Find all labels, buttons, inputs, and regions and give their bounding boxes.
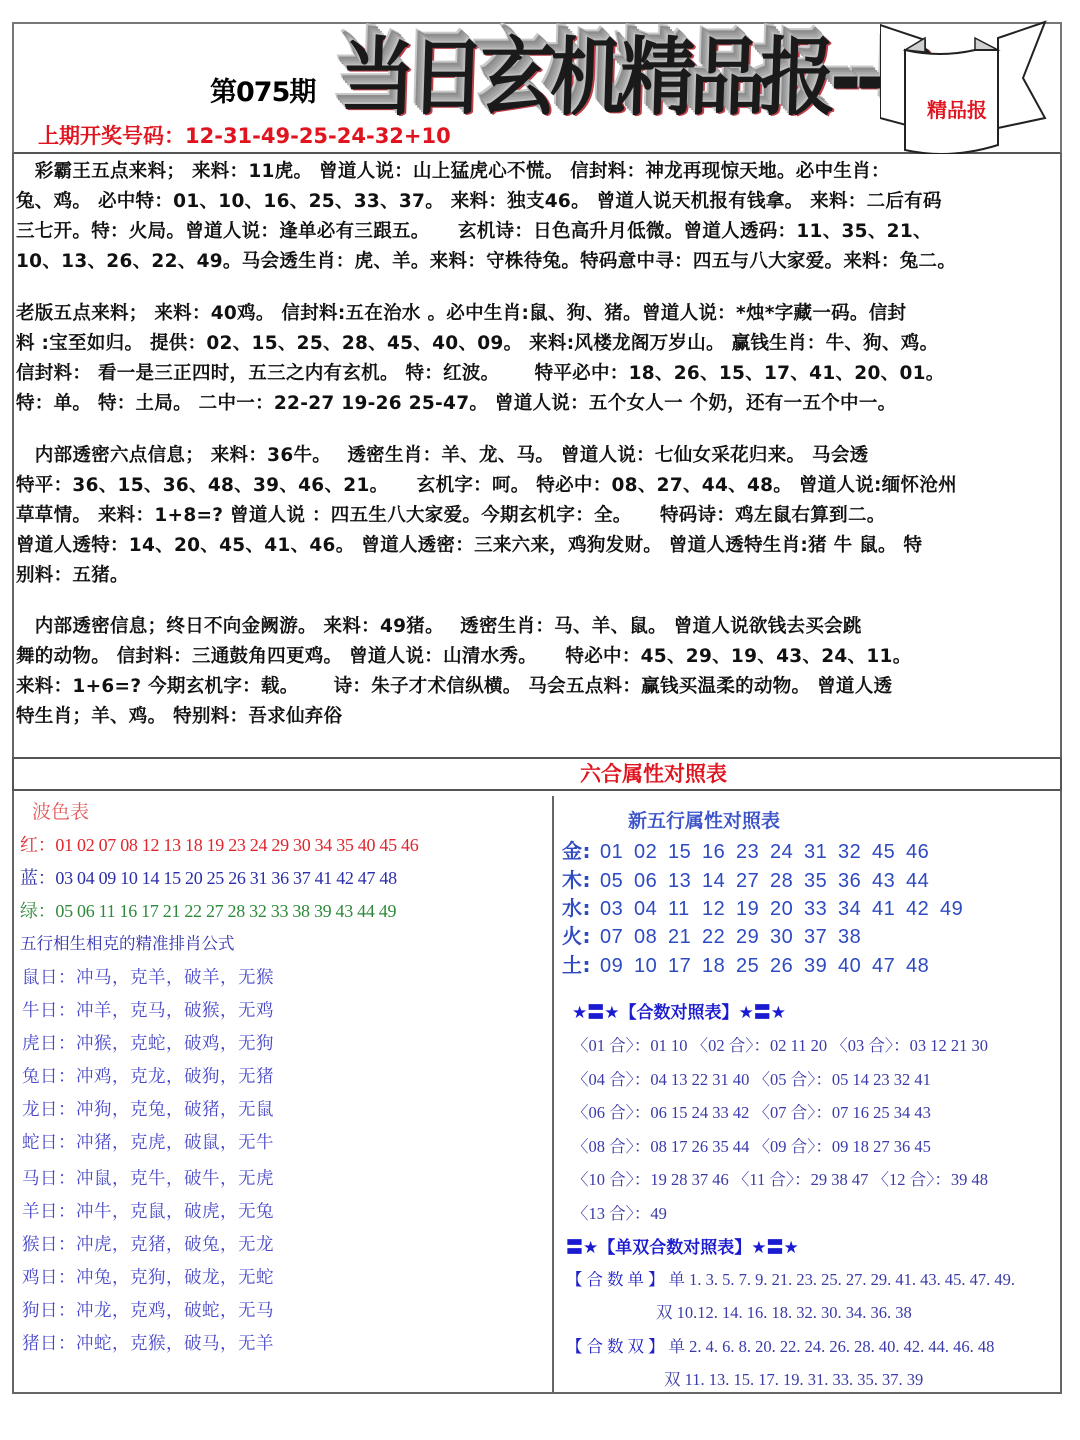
ribbon-banner-icon <box>880 0 1080 170</box>
text-line: 舞的动物。 信封料：三通鼓角四更鸡。 曾道人说：山清水秀。 特必中：45、29、… <box>16 642 1046 672</box>
zodiac-formula-title: 五行相生相克的精准排肖公式 <box>20 930 235 954</box>
element-label: 金: <box>562 835 600 864</box>
last-draw-numbers: 12-31-49-25-24-32+10 <box>185 124 451 148</box>
last-draw-label: 上期开奖号码： <box>38 124 185 148</box>
element-row-wood: 木:05061314272835364344 <box>562 864 940 893</box>
text-line: 内部透密信息；终日不向金阙游。 来料：49猪。 透密生肖：马、羊、鼠。 曾道人说… <box>16 612 1046 642</box>
even-sum-single: 单 2. 4. 6. 8. 20. 22. 24. 26. 28. 40. 42… <box>669 1337 995 1356</box>
zodiac-row: 牛日：冲羊，克马，破猴，无鸡 <box>22 997 274 1022</box>
element-number: 49 <box>940 898 974 921</box>
wave-row-red: 红：01 02 07 08 12 13 18 19 23 24 29 30 34… <box>20 831 418 857</box>
odd-even-table-title: 〓★【单双合数对照表】★〓★ <box>566 1233 799 1258</box>
even-sum-double-row: 双 11. 13. 15. 17. 19. 31. 33. 35. 37. 39 <box>664 1366 923 1390</box>
zodiac-row: 龙日：冲狗，克兔，破猪，无鼠 <box>22 1096 274 1121</box>
zodiac-row: 马日：冲鼠，克牛，破牛，无虎 <box>22 1165 274 1190</box>
element-row-metal: 金:01021516232431324546 <box>562 835 940 864</box>
zodiac-row: 兔日：冲鸡，克龙，破狗，无猪 <box>22 1063 274 1088</box>
element-number: 40 <box>838 955 872 978</box>
sum-row: 〈10 合〉：19 28 37 46 〈11 合〉：29 38 47 〈12 合… <box>572 1166 988 1190</box>
zodiac-row: 蛇日：冲猪，克虎，破鼠，无牛 <box>22 1129 274 1154</box>
element-number: 17 <box>668 955 702 978</box>
zodiac-row: 猴日：冲虎，克猪，破兔，无龙 <box>22 1231 274 1256</box>
odd-sum-single: 单 1. 3. 5. 7. 9. 21. 23. 25. 27. 29. 41.… <box>669 1270 1016 1289</box>
text-line: 信封料： 看一是三正四时，五三之内有玄机。 特：红波。 特平必中：18、26、1… <box>16 359 1046 389</box>
wave-row-blue: 蓝：03 04 09 10 14 15 20 25 26 31 36 37 41… <box>20 864 397 890</box>
element-number: 31 <box>804 841 838 864</box>
wave-numbers: 01 02 07 08 12 13 18 19 23 24 29 30 34 3… <box>55 835 418 855</box>
element-number: 04 <box>634 898 668 921</box>
five-elements-title: 新五行属性对照表 <box>628 806 780 833</box>
last-draw-result: 上期开奖号码：12-31-49-25-24-32+10 <box>38 120 451 150</box>
element-number: 01 <box>600 841 634 864</box>
page-title: 当日玄机精品报--B <box>338 22 886 134</box>
wave-label: 红： <box>20 835 55 855</box>
sum-row: 〈13 合〉：49 <box>572 1200 667 1224</box>
zodiac-row: 羊日：冲牛，克鼠，破虎，无兔 <box>22 1198 274 1223</box>
element-number: 12 <box>702 898 736 921</box>
zodiac-row: 鼠日：冲马，克羊，破羊，无猴 <box>22 964 274 989</box>
element-number: 41 <box>872 898 906 921</box>
element-number: 10 <box>634 955 668 978</box>
element-number: 20 <box>770 898 804 921</box>
odd-sum-single-row: 【合数单】单 1. 3. 5. 7. 9. 21. 23. 25. 27. 29… <box>566 1266 1015 1290</box>
element-number: 05 <box>600 870 634 893</box>
element-label: 土: <box>562 949 600 978</box>
element-label: 火: <box>562 920 600 949</box>
text-line: 来料：1+6=? 今期玄机字：载。 诗：朱子才术信纵横。 马会五点料：赢钱买温柔… <box>16 672 1046 702</box>
element-number: 02 <box>634 841 668 864</box>
issue-number: 第075期 <box>210 70 315 109</box>
element-number: 36 <box>838 870 872 893</box>
text-line: 老版五点来料； 来料：40鸡。 信封料:五在治水 。必中生肖:鼠、狗、猪。曾道人… <box>16 299 1046 329</box>
element-number: 27 <box>736 870 770 893</box>
element-number: 03 <box>600 898 634 921</box>
element-number: 44 <box>906 870 940 893</box>
text-line: 曾道人透特：14、20、45、41、46。 曾道人透密：三来六来，鸡狗发财。 曾… <box>16 531 1046 561</box>
element-number: 14 <box>702 870 736 893</box>
sum-row: 〈06 合〉：06 15 24 33 42 〈07 合〉：07 16 25 34… <box>572 1099 931 1123</box>
even-sum-label: 【合数双】 <box>566 1337 669 1356</box>
zodiac-row: 狗日：冲龙，克鸡，破蛇，无马 <box>22 1297 274 1322</box>
element-number: 29 <box>736 926 770 949</box>
sum-row: 〈08 合〉：08 17 26 35 44 〈09 合〉：09 18 27 36… <box>572 1133 931 1157</box>
zodiac-row: 虎日：冲猴，克蛇，破鸡，无狗 <box>22 1030 274 1055</box>
element-number: 18 <box>702 955 736 978</box>
wave-label: 蓝： <box>20 868 55 888</box>
element-number: 32 <box>838 841 872 864</box>
text-line: 10、13、26、22、49。马会透生肖：虎、羊。来料：守株待兔。特码意中寻：四… <box>16 247 1046 277</box>
wave-numbers: 05 06 11 16 17 21 22 27 28 32 33 38 39 4… <box>55 901 396 921</box>
element-label: 水: <box>562 892 600 921</box>
element-number: 39 <box>804 955 838 978</box>
wave-label: 绿： <box>20 901 55 921</box>
element-number: 47 <box>872 955 906 978</box>
wave-numbers: 03 04 09 10 14 15 20 25 26 31 36 37 41 4… <box>55 868 396 888</box>
banner-label: 精品报 <box>927 94 987 123</box>
element-number: 09 <box>600 955 634 978</box>
element-number: 13 <box>668 870 702 893</box>
element-number: 19 <box>736 898 770 921</box>
element-number: 45 <box>872 841 906 864</box>
element-number: 33 <box>804 898 838 921</box>
text-line: 彩霸王五点来料； 来料：11虎。 曾道人说：山上猛虎心不慌。 信封料：神龙再现惊… <box>16 157 1046 187</box>
section-title-bar <box>12 757 1062 791</box>
element-number: 42 <box>906 898 940 921</box>
element-number: 30 <box>770 926 804 949</box>
element-number: 16 <box>702 841 736 864</box>
paragraph-neibu: 内部透密信息；终日不向金阙游。 来料：49猪。 透密生肖：马、羊、鼠。 曾道人说… <box>16 612 1046 732</box>
sum-row: 〈01 合〉：01 10 〈02 合〉：02 11 20 〈03 合〉：03 1… <box>572 1032 988 1056</box>
element-number: 34 <box>838 898 872 921</box>
element-number: 06 <box>634 870 668 893</box>
text-line: 别料：五猪。 <box>16 561 1046 591</box>
element-number: 43 <box>872 870 906 893</box>
text-line: 兔、鸡。 必中特：01、10、16、25、33、37。 来料：独支46。 曾道人… <box>16 187 1046 217</box>
text-line: 内部透密六点信息； 来料：36牛。 透密生肖：羊、龙、马。 曾道人说：七仙女采花… <box>16 441 1046 471</box>
element-row-earth: 土:09101718252639404748 <box>562 949 940 978</box>
element-number: 48 <box>906 955 940 978</box>
wave-table-title: 波色表 <box>32 797 89 824</box>
element-number: 11 <box>668 898 702 921</box>
element-number: 25 <box>736 955 770 978</box>
element-number: 07 <box>600 926 634 949</box>
zodiac-row: 猪日：冲蛇，克猴，破马，无羊 <box>22 1330 274 1355</box>
text-line: 草草情。 来料：1+8=? 曾道人说 ：四五生八大家爱。今期玄机字：全。 特码诗… <box>16 501 1046 531</box>
element-number: 38 <box>838 926 872 949</box>
element-number: 23 <box>736 841 770 864</box>
element-number: 26 <box>770 955 804 978</box>
element-number: 35 <box>804 870 838 893</box>
zodiac-row: 鸡日：冲兔，克狗，破龙，无蛇 <box>22 1264 274 1289</box>
element-number: 46 <box>906 841 940 864</box>
text-line: 特生肖；羊、鸡。 特别料：吾求仙弃俗 <box>16 702 1046 732</box>
sum-row: 〈04 合〉：04 13 22 31 40 〈05 合〉：05 14 23 32… <box>572 1066 931 1090</box>
element-number: 37 <box>804 926 838 949</box>
paragraph-laoban: 老版五点来料； 来料：40鸡。 信封料:五在治水 。必中生肖:鼠、狗、猪。曾道人… <box>16 299 1046 419</box>
element-number: 22 <box>702 926 736 949</box>
odd-sum-label: 【合数单】 <box>566 1270 669 1289</box>
paragraph-caibawang: 彩霸王五点来料； 来料：11虎。 曾道人说：山上猛虎心不慌。 信封料：神龙再现惊… <box>16 157 1046 277</box>
text-line: 特平：36、15、36、48、39、46、21。 玄机字：呵。 特必中：08、2… <box>16 471 1046 501</box>
sum-table-title: ★〓★【合数对照表】★〓★ <box>572 998 786 1023</box>
element-number: 08 <box>634 926 668 949</box>
element-number: 28 <box>770 870 804 893</box>
paragraph-neibu-six: 内部透密六点信息； 来料：36牛。 透密生肖：羊、龙、马。 曾道人说：七仙女采花… <box>16 441 1046 591</box>
section-title: 六合属性对照表 <box>580 758 727 788</box>
even-sum-single-row: 【合数双】单 2. 4. 6. 8. 20. 22. 24. 26. 28. 4… <box>566 1333 994 1357</box>
odd-sum-double-row: 双 10.12. 14. 16. 18. 32. 30. 34. 36. 38 <box>656 1299 912 1323</box>
column-divider <box>552 796 554 1394</box>
text-line: 料 :宝至如归。 提供：02、15、25、28、45、40、09。 来料:风楼龙… <box>16 329 1046 359</box>
wave-row-green: 绿：05 06 11 16 17 21 22 27 28 32 33 38 39… <box>20 897 396 923</box>
element-number: 21 <box>668 926 702 949</box>
element-row-fire: 火:0708212229303738 <box>562 920 872 949</box>
text-line: 三七开。特：火局。曾道人说：逢单必有三跟五。 玄机诗：日色高升月低微。曾道人透码… <box>16 217 1046 247</box>
element-number: 15 <box>668 841 702 864</box>
element-label: 木: <box>562 864 600 893</box>
text-line: 特：单。 特：土局。 二中一：22-27 19-26 25-47。 曾道人说：五… <box>16 389 1046 419</box>
element-row-water: 水:0304111219203334414249 <box>562 892 974 921</box>
element-number: 24 <box>770 841 804 864</box>
